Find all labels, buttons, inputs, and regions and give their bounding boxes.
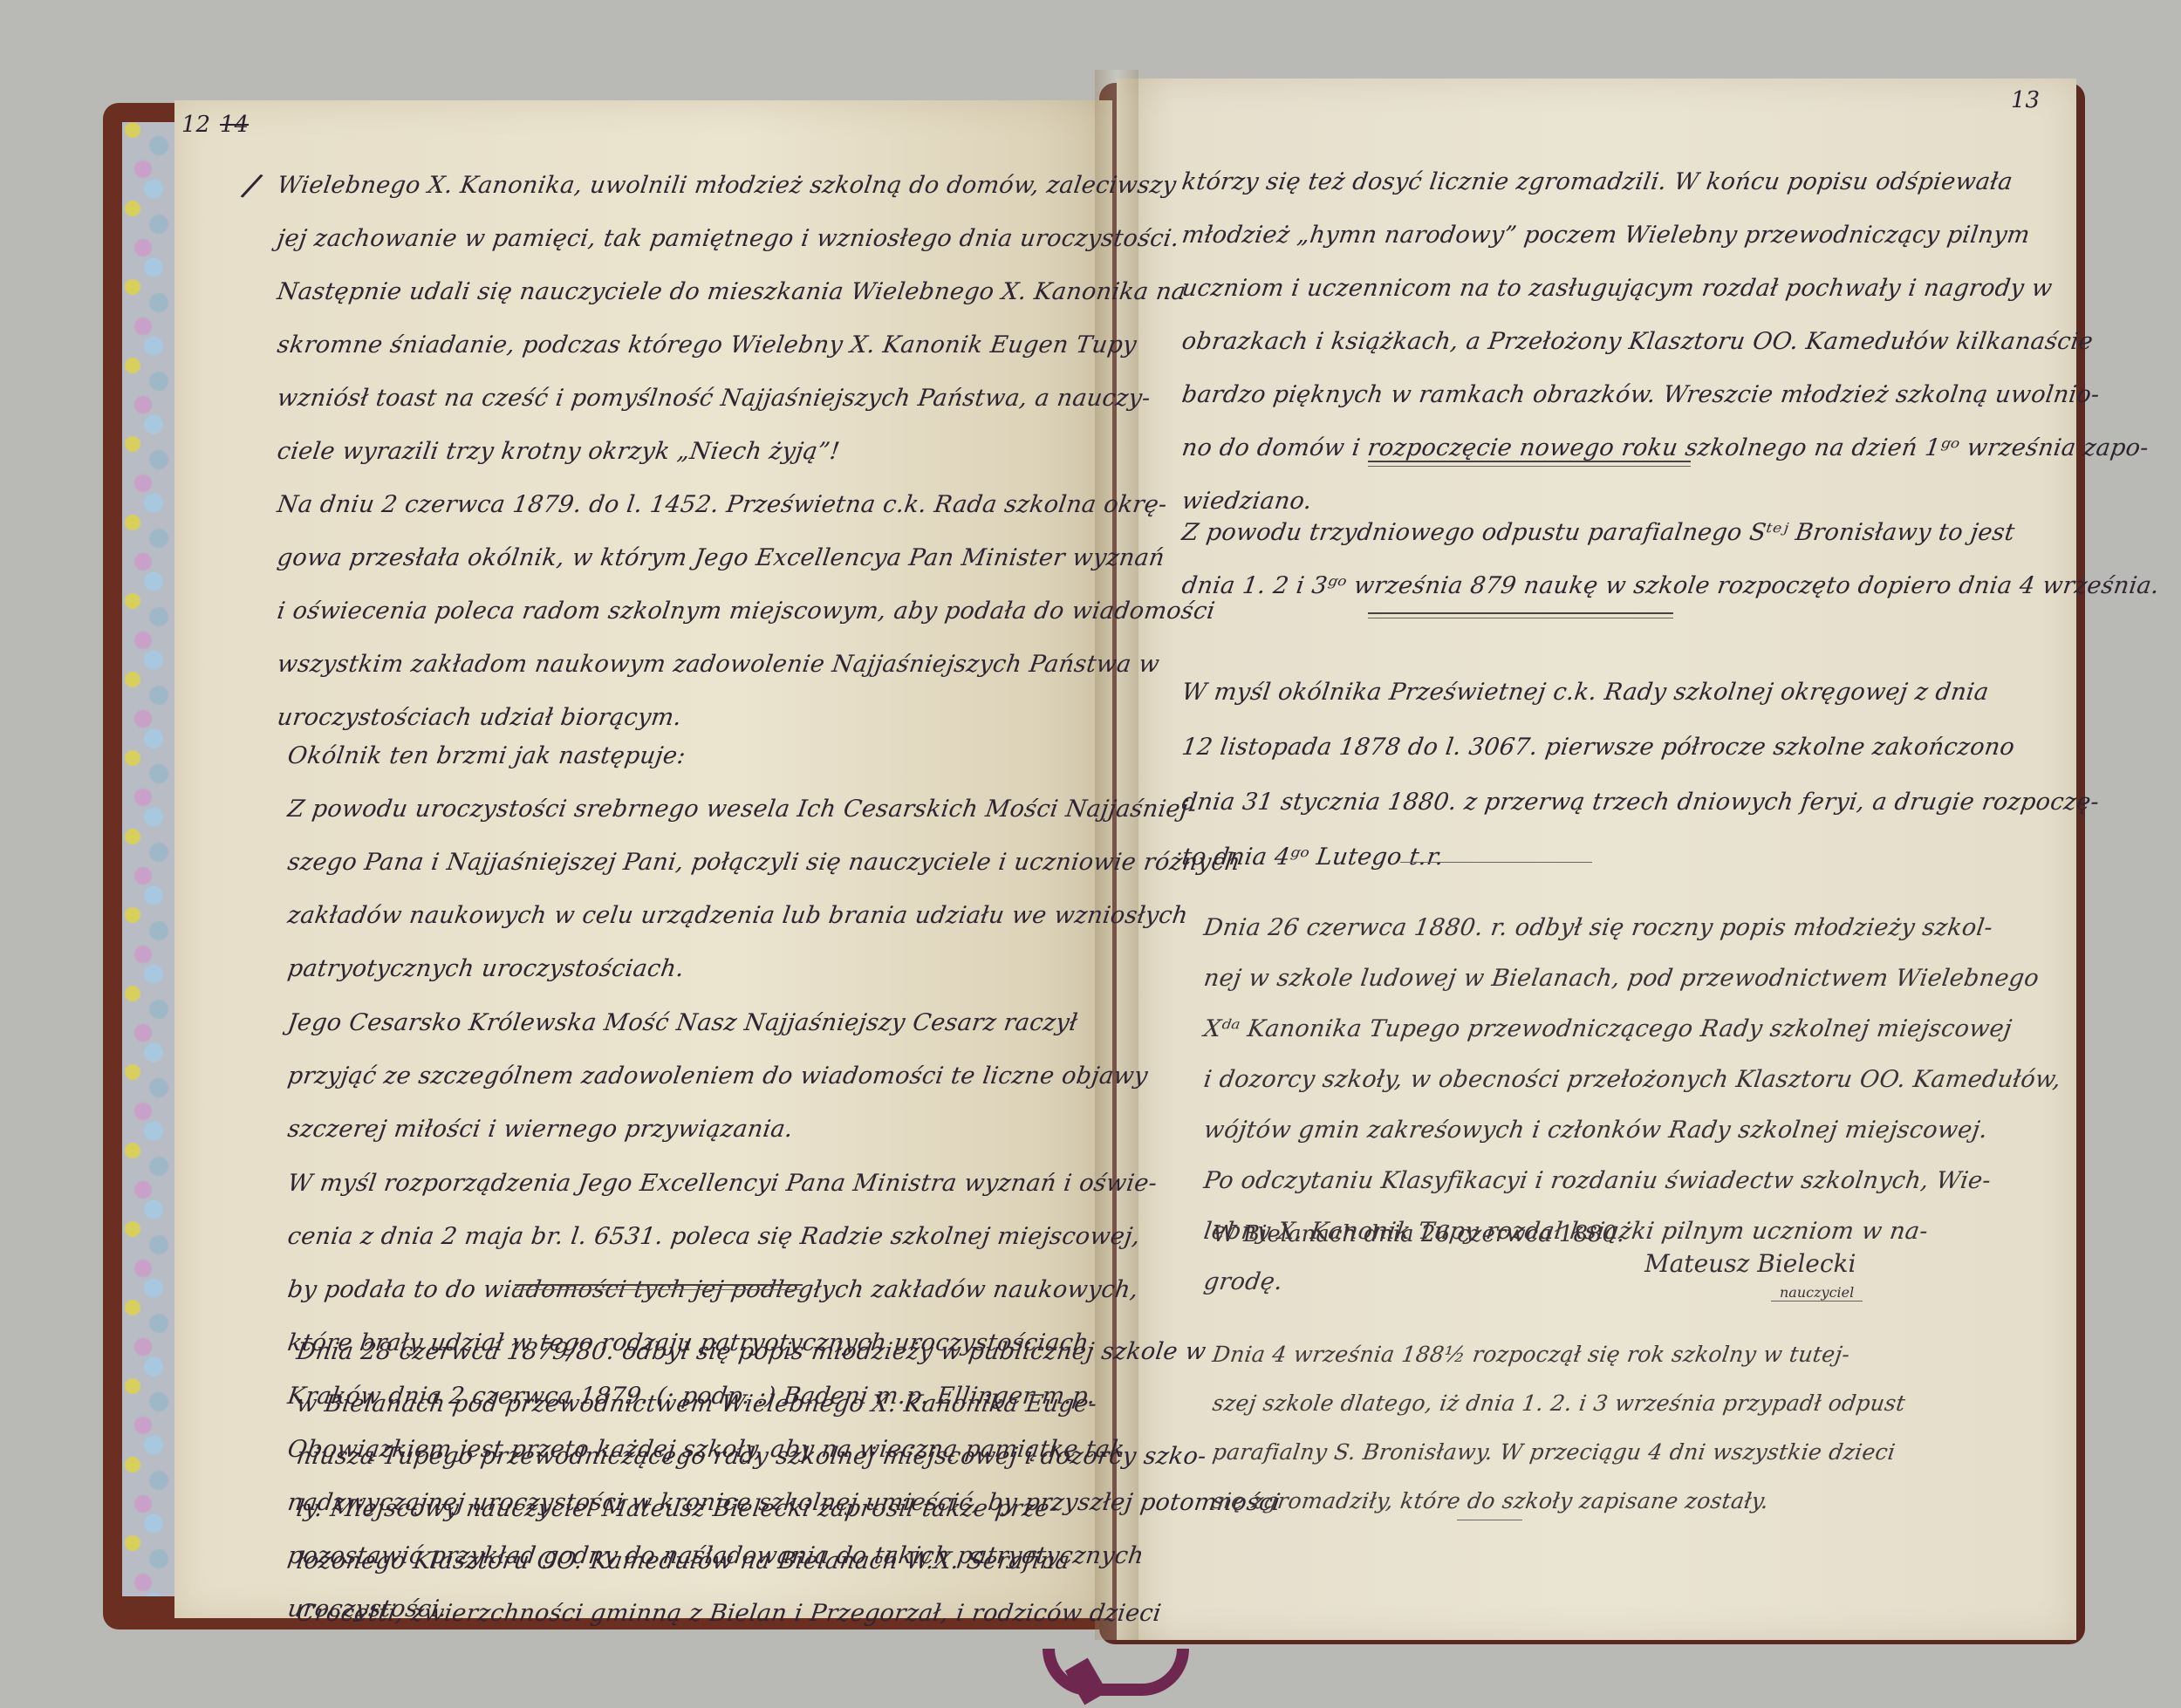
signature: Mateusz Bielecki <box>1644 1249 1856 1278</box>
section-divider <box>1368 461 1691 467</box>
section-divider <box>1457 1520 1522 1520</box>
place-date-line: W Bielanach dnia 26 czerwca 1880. <box>1213 1221 1624 1247</box>
right-paragraph-5: Dnia 4 września 188½ rozpoczął się rok s… <box>1213 1330 1998 1526</box>
left-paragraph-okolnik-intro: Okólnik ten brzmi jak następuje: <box>288 729 1073 782</box>
right-paragraph-1: którzy się też dosyć licznie zgromadzili… <box>1182 155 2020 528</box>
right-paragraph-3: W myśl okólnika Prześwietnej c.k. Rady s… <box>1182 665 2020 885</box>
left-paragraph-7: Dnia 28 czerwca 1879/80. odbył się popis… <box>297 1326 1082 1640</box>
left-paragraph-5: Jego Cesarsko Królewska Mość Nasz Najjaś… <box>288 996 1090 1156</box>
left-page-number: 12 <box>181 112 210 138</box>
right-page-number: 13 <box>2011 87 2040 113</box>
section-divider <box>1368 612 1673 618</box>
section-divider <box>515 1284 803 1290</box>
left-page-number-struck: 14 <box>220 112 249 138</box>
ribbon-bookmark <box>1043 1649 1189 1696</box>
right-paragraph-2: Z powodu trzydniowego odpustu parafialne… <box>1182 506 2020 612</box>
left-paragraph-1: Wielebnego X. Kanonika, uwolnili młodzie… <box>277 159 1080 478</box>
left-paragraph-2: Na dniu 2 czerwca 1879. do l. 1452. Prze… <box>277 478 1080 744</box>
signature-title: nauczyciel <box>1771 1284 1863 1301</box>
left-paragraph-4: Z powodu uroczystości srebrnego wesela I… <box>288 782 1090 995</box>
section-divider <box>1400 862 1592 863</box>
